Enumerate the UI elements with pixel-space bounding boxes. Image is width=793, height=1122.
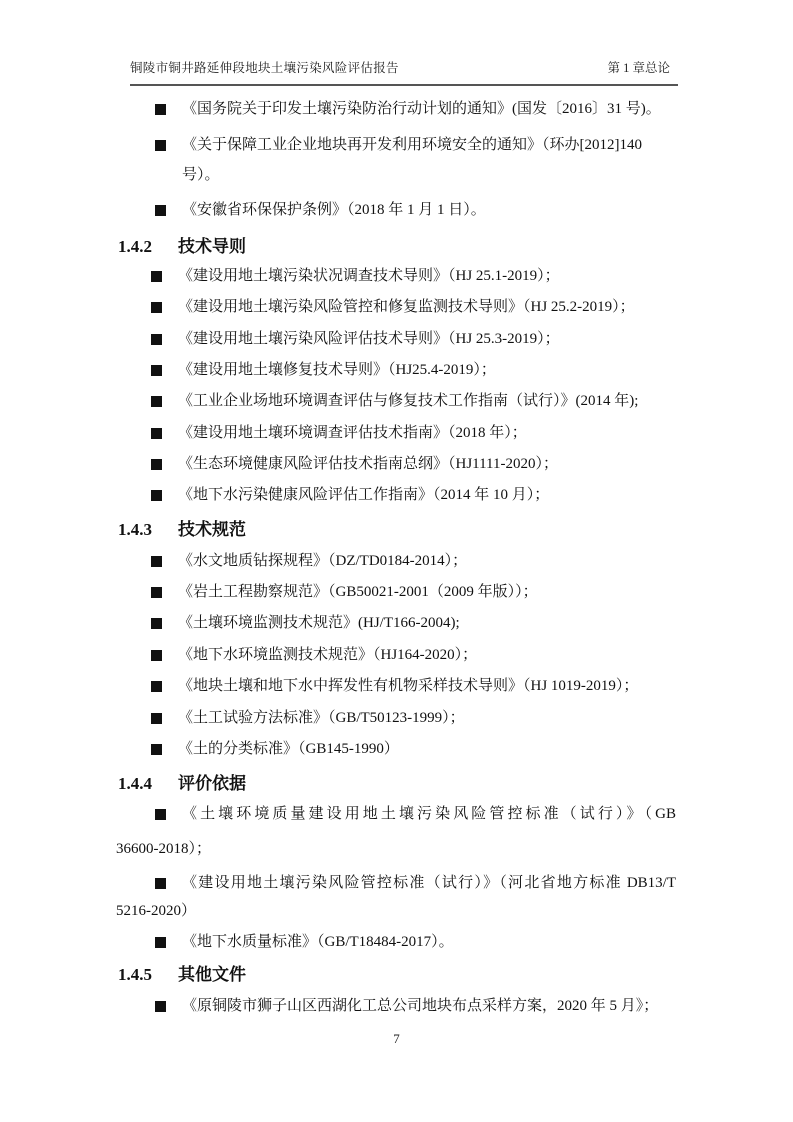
bullet-icon	[155, 1001, 166, 1012]
section-title: 技术规范	[178, 520, 246, 540]
reference-item-continuation: 号）。	[182, 165, 220, 185]
section-heading-1-4-5: 1.4.5其他文件	[118, 960, 246, 985]
header-report-title: 铜陵市铜井路延伸段地块土壤污染风险评估报告	[130, 58, 399, 76]
section-number: 1.4.2	[118, 237, 178, 257]
bullet-icon	[151, 302, 162, 313]
reference-item: 《水文地质钻探规程》（DZ/TD0184-2014）；	[178, 551, 467, 571]
reference-item: 《建设用地土壤污染状况调查技术导则》（HJ 25.1-2019）；	[178, 266, 560, 286]
bullet-icon	[155, 205, 166, 216]
reference-item-continuation: 36600-2018）；	[116, 839, 211, 859]
reference-item: 《地块土壤和地下水中挥发性有机物采样技术导则》（HJ 1019-2019）；	[178, 676, 638, 696]
reference-item-continuation: 5216-2020）	[116, 901, 196, 921]
section-heading-1-4-2: 1.4.2技术导则	[118, 232, 246, 257]
reference-item: 《岩土工程勘察规范》（GB50021-2001（2009 年版））；	[178, 582, 538, 602]
bullet-icon	[151, 459, 162, 470]
reference-item: 《国务院关于印发土壤污染防治行动计划的通知》(国发〔2016〕31 号)。	[182, 99, 661, 119]
section-heading-1-4-4: 1.4.4评价依据	[118, 769, 246, 794]
reference-item: 《建设用地土壤污染风险评估技术导则》（HJ 25.3-2019）；	[178, 329, 560, 349]
bullet-icon	[155, 809, 166, 820]
bullet-icon	[151, 618, 162, 629]
bullet-icon	[151, 650, 162, 661]
header-divider	[130, 84, 678, 86]
reference-item: 《土工试验方法标准》（GB/T50123-1999）；	[178, 708, 465, 728]
bullet-icon	[151, 713, 162, 724]
reference-item: 《原铜陵市狮子山区西湖化工总公司地块布点采样方案，2020 年 5 月》；	[182, 996, 658, 1016]
section-title: 评价依据	[178, 774, 246, 794]
section-heading-1-4-3: 1.4.3技术规范	[118, 515, 246, 540]
reference-item: 《地下水污染健康风险评估工作指南》（2014 年 10 月）；	[178, 485, 549, 505]
reference-item: 《建设用地土壤环境调查评估技术指南》（2018 年）；	[178, 423, 527, 443]
bullet-icon	[151, 428, 162, 439]
reference-item: 《关于保障工业企业地块再开发利用环境安全的通知》（环办[2012]140	[182, 135, 642, 155]
bullet-icon	[155, 104, 166, 115]
bullet-icon	[151, 490, 162, 501]
reference-item: 《地下水环境监测技术规范》（HJ164-2020）；	[178, 645, 477, 665]
bullet-icon	[151, 556, 162, 567]
bullet-icon	[155, 937, 166, 948]
reference-item: 《土壤环境监测技术规范》(HJ/T166-2004);	[178, 613, 460, 633]
page-header: 铜陵市铜井路延伸段地块土壤污染风险评估报告 第 1 章总论	[116, 54, 678, 84]
reference-item: 《安徽省环保保护条例》（2018 年 1 月 1 日）。	[182, 200, 486, 220]
reference-item: 《土的分类标准》（GB145-1990）	[178, 739, 399, 759]
section-number: 1.4.4	[118, 774, 178, 794]
reference-item: 《土壤环境质量建设用地土壤污染风险管控标准（试行）》（GB	[182, 804, 676, 824]
bullet-icon	[155, 140, 166, 151]
bullet-icon	[155, 878, 166, 889]
header-chapter-label: 第 1 章总论	[607, 58, 670, 76]
reference-item: 《生态环境健康风险评估技术指南总纲》（HJ1111-2020）；	[178, 454, 558, 474]
reference-item: 《建设用地土壤修复技术导则》（HJ25.4-2019）；	[178, 360, 496, 380]
section-title: 其他文件	[178, 965, 246, 985]
bullet-icon	[151, 365, 162, 376]
bullet-icon	[151, 681, 162, 692]
bullet-icon	[151, 334, 162, 345]
bullet-icon	[151, 587, 162, 598]
section-number: 1.4.3	[118, 520, 178, 540]
bullet-icon	[151, 396, 162, 407]
reference-item: 《建设用地土壤污染风险管控标准（试行）》（河北省地方标准 DB13/T	[182, 873, 676, 893]
reference-item: 《地下水质量标准》（GB/T18484-2017）。	[182, 932, 454, 952]
section-title: 技术导则	[178, 237, 246, 257]
bullet-icon	[151, 271, 162, 282]
bullet-icon	[151, 744, 162, 755]
section-number: 1.4.5	[118, 965, 178, 985]
page-number: 7	[0, 1031, 793, 1047]
reference-item: 《工业企业场地环境调查评估与修复技术工作指南（试行）》(2014 年);	[178, 391, 638, 411]
reference-item: 《建设用地土壤污染风险管控和修复监测技术导则》（HJ 25.2-2019）；	[178, 297, 635, 317]
